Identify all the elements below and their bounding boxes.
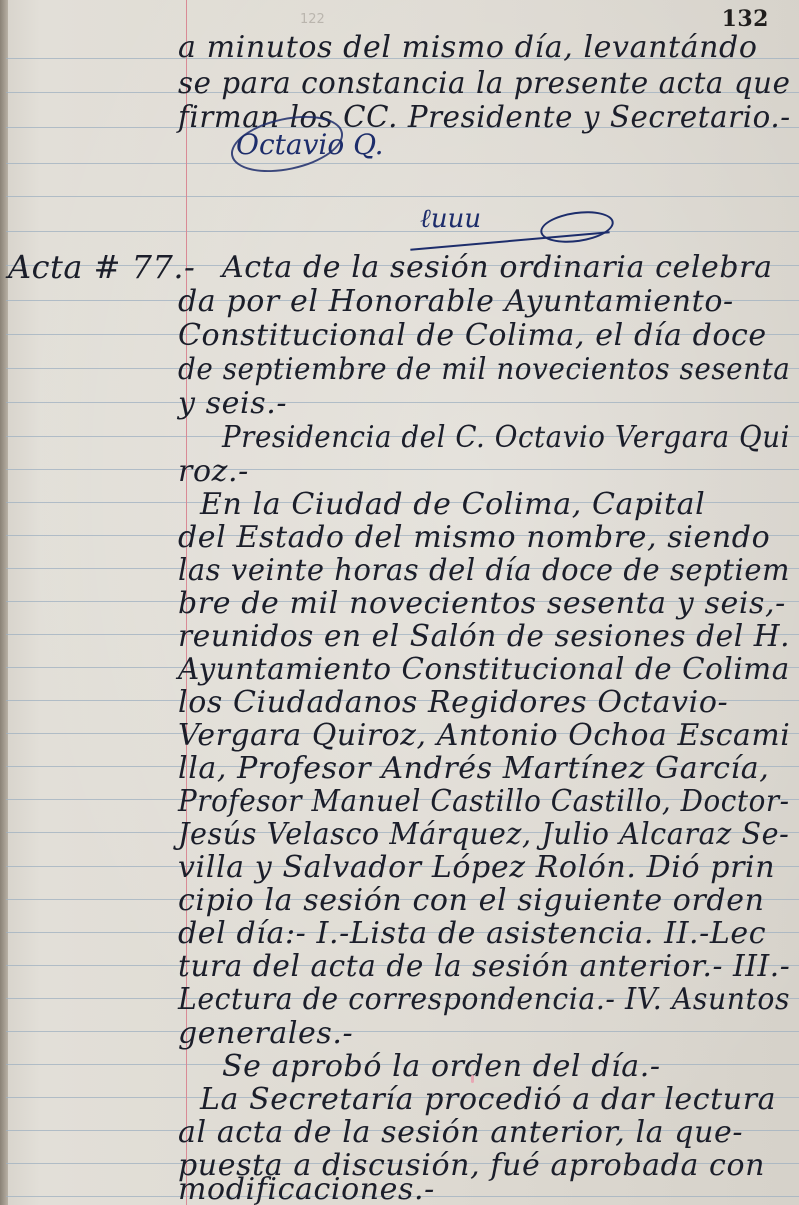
ruled-line <box>6 1031 799 1032</box>
ruled-line <box>6 469 799 470</box>
body-line: Vergara Quiroz, Antonio Ochoa Escami <box>178 718 790 753</box>
ledger-page: 132 122 a minutos del mismo día, levantá… <box>0 0 799 1205</box>
body-line: los Ciudadanos Regidores Octavio- <box>178 685 728 720</box>
body-line: En la Ciudad de Colima, Capital <box>200 487 705 522</box>
act-heading-line: Constitucional de Colima, el día doce <box>178 318 767 353</box>
body-line: bre de mil novecientos sesenta y seis,- <box>178 586 786 621</box>
president-signature: Octavio Q. <box>236 128 384 161</box>
act-heading-line: da por el Honorable Ayuntamiento- <box>178 284 734 319</box>
body-line: tura del acta de la sesión anterior.- II… <box>178 949 790 984</box>
ink-blemish <box>471 1075 474 1083</box>
body-line: lla, Profesor Andrés Martínez García, <box>178 751 769 786</box>
body-line: Profesor Manuel Castillo Castillo, Docto… <box>178 784 790 819</box>
approval-line: La Secretaría procedió a dar lectura <box>200 1082 776 1117</box>
approval-line: al acta de la sesión anterior, la que- <box>178 1115 743 1150</box>
ruled-line <box>6 231 799 232</box>
body-line: reunidos en el Salón de sesiones del H. <box>178 619 790 654</box>
act-heading-line: Acta de la sesión ordinaria celebra <box>222 250 773 285</box>
signature-loop <box>538 207 615 247</box>
approval-line: Se aprobó la orden del día.- <box>222 1049 661 1084</box>
body-line: del día:- I.-Lista de asistencia. II.-Le… <box>178 916 766 951</box>
pencil-mark: 122 <box>300 12 325 27</box>
act-heading-line: de septiembre de mil novecientos sesenta <box>178 352 790 387</box>
body-line: las veinte horas del día doce de septiem <box>178 553 790 588</box>
ruled-line <box>6 402 799 403</box>
secretary-signature: ℓuuu <box>420 200 481 235</box>
body-line: generales.- <box>178 1016 353 1051</box>
body-line: villa y Salvador López Rolón. Dió prin <box>178 850 775 885</box>
binding-edge <box>0 0 8 1205</box>
act-heading-line: y seis.- <box>178 386 287 421</box>
body-line: cipio la sesión con el siguiente orden <box>178 883 765 918</box>
closing-line: a minutos del mismo día, levantándo <box>178 30 758 65</box>
body-line: Lectura de correspondencia.- IV. Asuntos <box>178 982 790 1017</box>
body-line: del Estado del mismo nombre, siendo <box>178 520 770 555</box>
page-number: 132 <box>722 6 769 32</box>
approval-line: modificaciones.- <box>178 1172 435 1205</box>
body-line: Ayuntamiento Constitucional de Colima <box>178 652 790 687</box>
closing-line: se para constancia la presente acta que <box>178 66 790 101</box>
ruled-line <box>6 163 799 164</box>
ruled-line <box>6 196 799 197</box>
presidency-line: Presidencia del C. Octavio Vergara Qui <box>222 420 790 455</box>
act-number-label: Acta # 77.- <box>8 248 195 286</box>
body-line: Jesús Velasco Márquez, Julio Alcaraz Se- <box>178 817 789 852</box>
presidency-line: roz.- <box>178 454 249 489</box>
